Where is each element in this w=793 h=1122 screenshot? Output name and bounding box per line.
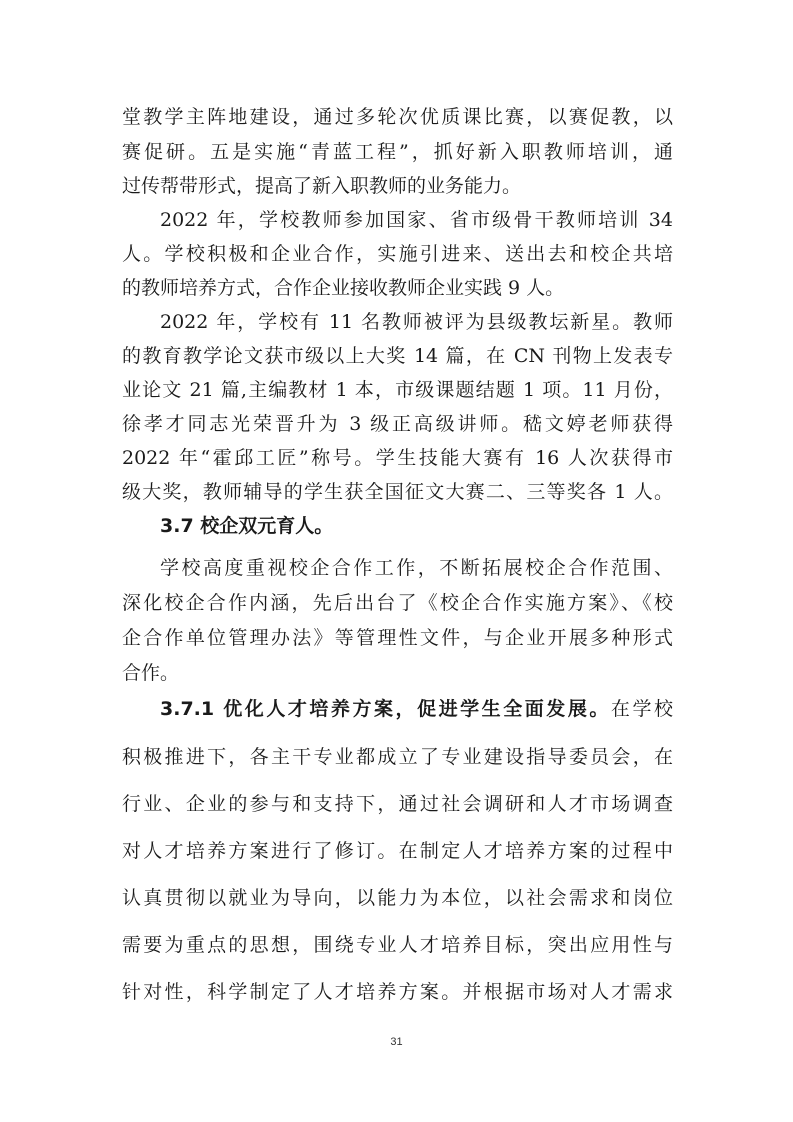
paragraph-line: 2022 年，学校教师参加国家、省市级骨干教师培训 34 bbox=[160, 208, 673, 232]
paragraph-line: 认真贯彻以就业为导向，以能力为本位，以社会需求和岗位 bbox=[122, 886, 673, 910]
paragraph-line: 对人才培养方案进行了修订。在制定人才培养方案的过程中 bbox=[122, 839, 673, 863]
paragraph-line: 人。学校积极和企业合作，实施引进来、送出去和校企共培 bbox=[122, 242, 673, 266]
section-heading: 3.7 校企双元育人。 bbox=[160, 514, 673, 538]
paragraph-line: 2022 年“霍邱工匠”称号。学生技能大赛有 16 人次获得市 bbox=[122, 446, 673, 470]
paragraph-line: 针对性，科学制定了人才培养方案。并根据市场对人才需求 bbox=[122, 980, 673, 1004]
paragraph-line: 赛促研。五是实施“青蓝工程”，抓好新入职教师培训，通 bbox=[122, 140, 673, 164]
paragraph-line: 的教育教学论文获市级以上大奖 14 篇，在 CN 刊物上发表专 bbox=[122, 344, 673, 368]
paragraph-line: 积极推进下，各主干专业都成立了专业建设指导委员会，在 bbox=[122, 745, 673, 769]
paragraph-line: 业论文 21 篇,主编教材 1 本，市级课题结题 1 项。11 月份， bbox=[122, 378, 673, 402]
paragraph-line: 企合作单位管理办法》等管理性文件，与企业开展多种形式 bbox=[122, 626, 673, 650]
paragraph-line: 过传帮带形式，提高了新入职教师的业务能力。 bbox=[122, 174, 673, 198]
subsection-lead-line: 3.7.1 优化人才培养方案，促进学生全面发展。在学校 bbox=[160, 697, 673, 721]
paragraph-line: 行业、企业的参与和支持下，通过社会调研和人才市场调查 bbox=[122, 792, 673, 816]
paragraph-line: 学校高度重视校企合作工作，不断拓展校企合作范围、 bbox=[160, 556, 673, 580]
paragraph-line: 的教师培养方式，合作企业接收教师企业实践 9 人。 bbox=[122, 276, 673, 300]
paragraph-line: 合作。 bbox=[122, 661, 673, 685]
paragraph-line: 2022 年，学校有 11 名教师被评为县级教坛新星。教师 bbox=[160, 310, 673, 334]
paragraph-line: 级大奖，教师辅导的学生获全国征文大赛二、三等奖各 1 人。 bbox=[122, 480, 673, 504]
paragraph-line: 需要为重点的思想，围绕专业人才培养目标，突出应用性与 bbox=[122, 933, 673, 957]
subsection-heading: 3.7.1 优化人才培养方案，促进学生全面发展。 bbox=[160, 698, 611, 720]
paragraph-line: 徐孝才同志光荣晋升为 3 级正高级讲师。嵇文婷老师获得 bbox=[122, 412, 673, 436]
paragraph-line: 堂教学主阵地建设，通过多轮次优质课比赛，以赛促教，以 bbox=[122, 105, 673, 129]
document-page: 堂教学主阵地建设，通过多轮次优质课比赛，以赛促教，以 赛促研。五是实施“青蓝工程… bbox=[0, 0, 793, 1122]
paragraph-line: 深化校企合作内涵，先后出台了《校企合作实施方案》、《校 bbox=[122, 591, 673, 615]
page-number: 31 bbox=[0, 1036, 793, 1048]
lead-rest: 在学校 bbox=[611, 698, 673, 720]
